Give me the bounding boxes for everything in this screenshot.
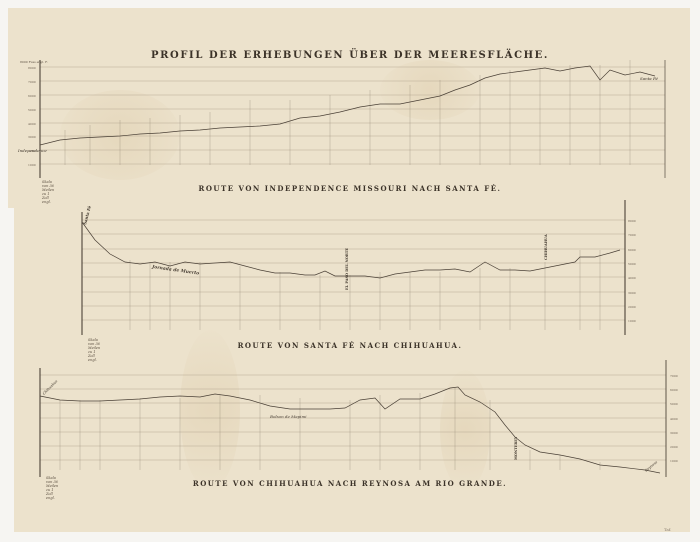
y-axis-ticks: 7000 6000 5000 4000 3000 2000 1000 <box>670 374 678 463</box>
svg-text:6000: 6000 <box>670 388 678 392</box>
elevation-profile-chart: Bolson de Mapimi MONTEREY Chihuahua Reyn… <box>0 0 700 500</box>
svg-text:1000: 1000 <box>670 459 678 463</box>
inline-label-monterey: MONTEREY <box>514 436 518 460</box>
route-label: ROUTE VON CHIHUAHUA NACH REYNOSA AM RIO … <box>0 479 700 488</box>
inline-label-bolson: Bolson de Mapimi <box>269 414 307 419</box>
svg-text:4000: 4000 <box>670 417 678 421</box>
svg-text:5000: 5000 <box>670 402 678 406</box>
svg-text:2000: 2000 <box>670 445 678 449</box>
route-start-label: Chihuahua <box>42 379 58 395</box>
svg-text:7000: 7000 <box>670 374 678 378</box>
plate-number: Taf. <box>664 527 671 532</box>
svg-text:3000: 3000 <box>670 431 678 435</box>
